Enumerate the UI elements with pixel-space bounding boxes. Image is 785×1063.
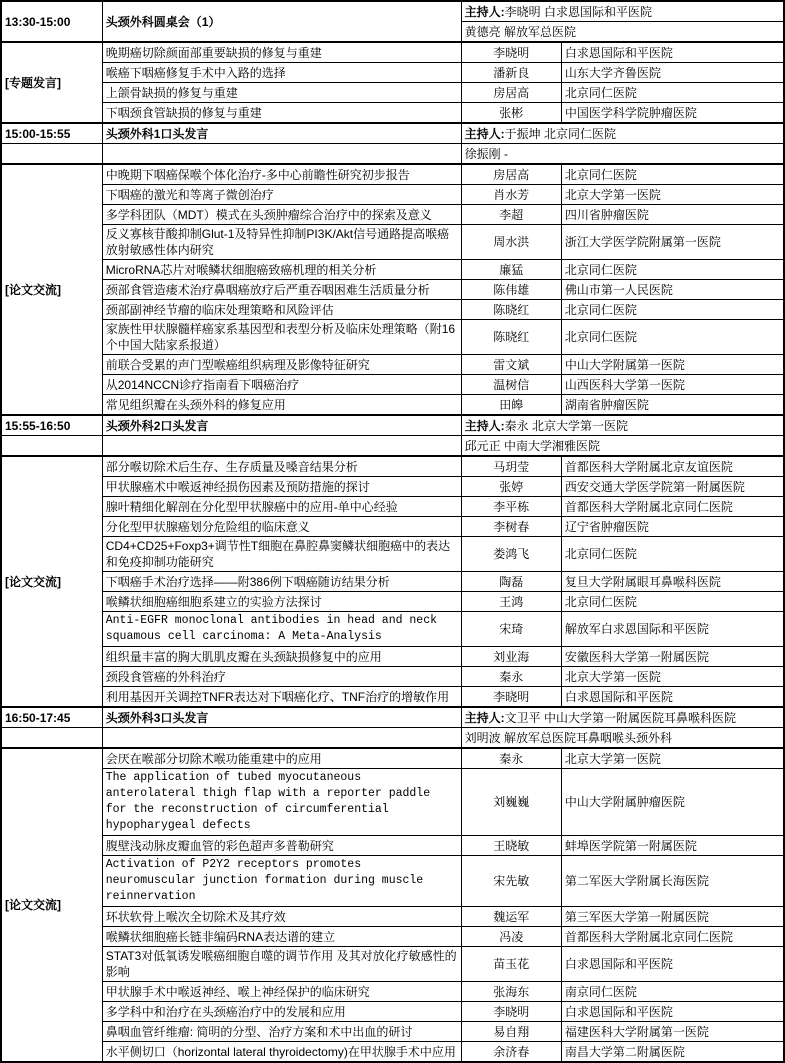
paper-title: 会厌在喉部分切除术喉功能重建中的应用 [102, 748, 461, 769]
table-row: 甲状腺癌术中喉返神经损伤因素及预防措施的探讨 张婷 西安交通大学医学院第一附属医… [1, 477, 784, 497]
table-row: 水平侧切口（horizontal lateral thyroidectomy)在… [1, 1042, 784, 1063]
paper-title: 下咽癌的激光和等离子微创治疗 [102, 185, 461, 205]
table-row: Anti-EGFR monoclonal antibodies in head … [1, 612, 784, 647]
hospital-name: 白求恩国际和平医院 [561, 1002, 784, 1022]
empty-cell [1, 728, 102, 749]
paper-title: 部分喉切除术后生存、生存质量及嗓音结果分析 [102, 456, 461, 477]
table-row: 颈部食管造瘘术治疗鼻咽癌放疗后严重吞咽困难生活质量分析 陈伟雄 佛山市第一人民医… [1, 280, 784, 300]
hospital-name: 北京大学第一医院 [561, 185, 784, 205]
session-1-header-row: 13:30-15:00 头颈外科圆桌会（1） 主持人:李晓明 白求恩国际和平医院 [1, 1, 784, 22]
speaker-name: 李树春 [461, 517, 561, 537]
moderator-label: 主持人: [465, 711, 505, 725]
moderator-name: 于振坤 北京同仁医院 [505, 127, 616, 141]
hospital-name: 中山大学附属肿瘤医院 [561, 769, 784, 836]
table-row: 多学科团队（MDT）模式在头颈肿瘤综合治疗中的探索及意义 李超 四川省肿瘤医院 [1, 205, 784, 225]
co-moderator-line: 邱元正 中南大学湘雅医院 [461, 436, 784, 457]
hospital-name: 北京同仁医院 [561, 164, 784, 185]
speaker-name: 易自翔 [461, 1022, 561, 1042]
time-cell: 15:55-16:50 [1, 415, 102, 436]
empty-cell [102, 728, 461, 749]
table-row: 喉鳞状细胞癌长链非编码RNA表达谱的建立 冯凌 首都医科大学附属北京同仁医院 [1, 927, 784, 947]
speaker-name: 李晓明 [461, 687, 561, 708]
table-row: 喉癌下咽癌修复手术中入路的选择 潘新良 山东大学齐鲁医院 [1, 63, 784, 83]
moderator-name: 李晓明 白求恩国际和平医院 [505, 5, 652, 19]
hospital-name: 复旦大学附属眼耳鼻喉科医院 [561, 572, 784, 592]
speaker-name: 李超 [461, 205, 561, 225]
moderator-label: 主持人: [465, 127, 505, 141]
hospital-name: 北京同仁医院 [561, 300, 784, 320]
empty-cell [1, 144, 102, 165]
session-4-header-row: 16:50-17:45 头颈外科3口头发言 主持人:文卫平 中山大学第一附属医院… [1, 707, 784, 728]
table-row: 上颌骨缺损的修复与重建 房居高 北京同仁医院 [1, 83, 784, 103]
hospital-name: 浙江大学医学院附属第一医院 [561, 225, 784, 260]
paper-title: 下咽癌手术治疗选择——附386例下咽癌随访结果分析 [102, 572, 461, 592]
table-row: 利用基因开关调控TNFR表达对下咽癌化疗、TNF治疗的增敏作用 李晓明 白求恩国… [1, 687, 784, 708]
speaker-name: 王晓敏 [461, 836, 561, 856]
hospital-name: 中国医学科学院肿瘤医院 [561, 103, 784, 124]
speaker-name: 刘巍巍 [461, 769, 561, 836]
hospital-name: 四川省肿瘤医院 [561, 205, 784, 225]
table-row: CD4+CD25+Foxp3+调节性T细胞在鼻腔鼻窦鳞状细胞癌中的表达和免疫抑制… [1, 537, 784, 572]
paper-title: 下咽颈食管缺损的修复与重建 [102, 103, 461, 124]
empty-cell [1, 436, 102, 457]
hospital-name: 白求恩国际和平医院 [561, 687, 784, 708]
table-row: 多学科中和治疗在头颈癌治疗中的发展和应用 李晓明 白求恩国际和平医院 [1, 1002, 784, 1022]
paper-title: 鼻咽血管纤维瘤: 简明的分型、治疗方案和术中出血的研讨 [102, 1022, 461, 1042]
paper-title: 甲状腺手术中喉返神经、喉上神经保护的临床研究 [102, 982, 461, 1002]
paper-title: 腺叶精细化解剖在分化型甲状腺癌中的应用-单中心经验 [102, 497, 461, 517]
table-row: 前联合受累的声门型喉癌组织病理及影像特征研究 雷文斌 中山大学附属第一医院 [1, 355, 784, 375]
time-cell: 16:50-17:45 [1, 707, 102, 728]
hospital-name: 北京大学第一医院 [561, 748, 784, 769]
table-row: The application of tubed myocutaneous an… [1, 769, 784, 836]
paper-title: The application of tubed myocutaneous an… [102, 769, 461, 836]
table-row: 颈部副神经节瘤的临床处理策略和风险评估 陈晓红 北京同仁医院 [1, 300, 784, 320]
session-title: 头颈外科1口头发言 [102, 123, 461, 144]
paper-title: 多学科中和治疗在头颈癌治疗中的发展和应用 [102, 1002, 461, 1022]
hospital-name: 安徽医科大学第一附属医院 [561, 647, 784, 667]
table-row: 腺叶精细化解剖在分化型甲状腺癌中的应用-单中心经验 李平栋 首都医科大学附属北京… [1, 497, 784, 517]
paper-title: 组织量丰富的胸大肌肌皮瓣在头颈缺损修复中的应用 [102, 647, 461, 667]
hospital-name: 辽宁省肿瘤医院 [561, 517, 784, 537]
moderator-line: 主持人:秦永 北京大学第一医院 [461, 415, 784, 436]
paper-title: 腹壁浅动脉皮瓣血管的彩色超声多普勒研究 [102, 836, 461, 856]
paper-title: 颈段食管癌的外科治疗 [102, 667, 461, 687]
table-row: MicroRNA芯片对喉鳞状细胞癌致癌机理的相关分析 廉猛 北京同仁医院 [1, 260, 784, 280]
paper-title: MicroRNA芯片对喉鳞状细胞癌致癌机理的相关分析 [102, 260, 461, 280]
hospital-name: 山西医科大学第一医院 [561, 375, 784, 395]
speaker-name: 宋先敏 [461, 856, 561, 907]
table-row: Activation of P2Y2 receptors promotes ne… [1, 856, 784, 907]
speaker-name: 马玥莹 [461, 456, 561, 477]
hospital-name: 福建医科大学附属第一医院 [561, 1022, 784, 1042]
speaker-name: 魏运军 [461, 907, 561, 927]
paper-title: Activation of P2Y2 receptors promotes ne… [102, 856, 461, 907]
hospital-name: 首都医科大学附属北京友谊医院 [561, 456, 784, 477]
hospital-name: 白求恩国际和平医院 [561, 42, 784, 63]
co-moderator-line: 黄德亮 解放军总医院 [461, 22, 784, 43]
section-label: [论文交流] [1, 164, 102, 415]
hospital-name: 湖南省肿瘤医院 [561, 395, 784, 416]
paper-title: 颈部副神经节瘤的临床处理策略和风险评估 [102, 300, 461, 320]
speaker-name: 余济春 [461, 1042, 561, 1063]
moderator-name: 秦永 北京大学第一医院 [505, 419, 628, 433]
speaker-name: 张彬 [461, 103, 561, 124]
paper-title: 反义寡核苷酸抑制Glut-1及特异性抑制PI3K/Akt信号通路提高喉癌放射敏感… [102, 225, 461, 260]
hospital-name: 白求恩国际和平医院 [561, 947, 784, 982]
table-row: 分化型甲状腺癌划分危险组的临床意义 李树春 辽宁省肿瘤医院 [1, 517, 784, 537]
speaker-name: 李平栋 [461, 497, 561, 517]
speaker-name: 肖水芳 [461, 185, 561, 205]
speaker-name: 张婷 [461, 477, 561, 497]
empty-cell [102, 144, 461, 165]
hospital-name: 第三军医大学第一附属医院 [561, 907, 784, 927]
paper-title: 晚期癌切除颜面部重要缺损的修复与重建 [102, 42, 461, 63]
paper-title: 多学科团队（MDT）模式在头颈肿瘤综合治疗中的探索及意义 [102, 205, 461, 225]
speaker-name: 娄鸿飞 [461, 537, 561, 572]
hospital-name: 首都医科大学附属北京同仁医院 [561, 497, 784, 517]
speaker-name: 潘新良 [461, 63, 561, 83]
co-moderator-line: 刘明波 解放军总医院耳鼻咽喉头颈外科 [461, 728, 784, 749]
table-row: [专题发言] 晚期癌切除颜面部重要缺损的修复与重建 李晓明 白求恩国际和平医院 [1, 42, 784, 63]
session-title: 头颈外科2口头发言 [102, 415, 461, 436]
speaker-name: 冯凌 [461, 927, 561, 947]
co-moderator-line: 徐振刚 - [461, 144, 784, 165]
hospital-name: 北京大学第一医院 [561, 667, 784, 687]
paper-title: 上颌骨缺损的修复与重建 [102, 83, 461, 103]
speaker-name: 李晓明 [461, 42, 561, 63]
speaker-name: 秦永 [461, 748, 561, 769]
hospital-name: 北京同仁医院 [561, 320, 784, 355]
hospital-name: 第二军医大学附属长海医院 [561, 856, 784, 907]
paper-title: 喉鳞状细胞癌长链非编码RNA表达谱的建立 [102, 927, 461, 947]
table-row: 从2014NCCN诊疗指南看下咽癌治疗 温树信 山西医科大学第一医院 [1, 375, 784, 395]
hospital-name: 北京同仁医院 [561, 83, 784, 103]
table-row: 甲状腺手术中喉返神经、喉上神经保护的临床研究 张海东 南京同仁医院 [1, 982, 784, 1002]
paper-title: 常见组织瓣在头颈外科的修复应用 [102, 395, 461, 416]
session-2-comoderator-row: 徐振刚 - [1, 144, 784, 165]
paper-title: 喉鳞状细胞癌细胞系建立的实验方法探讨 [102, 592, 461, 612]
time-cell: 13:30-15:00 [1, 1, 102, 42]
hospital-name: 蚌埠医学院第一附属医院 [561, 836, 784, 856]
moderator-label: 主持人: [465, 5, 505, 19]
table-row: 下咽癌手术治疗选择——附386例下咽癌随访结果分析 陶磊 复旦大学附属眼耳鼻喉科… [1, 572, 784, 592]
table-row: 腹壁浅动脉皮瓣血管的彩色超声多普勒研究 王晓敏 蚌埠医学院第一附属医院 [1, 836, 784, 856]
paper-title: 中晚期下咽癌保喉个体化治疗-多中心前瞻性研究初步报告 [102, 164, 461, 185]
paper-title: 前联合受累的声门型喉癌组织病理及影像特征研究 [102, 355, 461, 375]
paper-title: 分化型甲状腺癌划分危险组的临床意义 [102, 517, 461, 537]
paper-title: 环状软骨上喉次全切除术及其疗效 [102, 907, 461, 927]
speaker-name: 陈晓红 [461, 320, 561, 355]
hospital-name: 山东大学齐鲁医院 [561, 63, 784, 83]
session-title: 头颈外科圆桌会（1） [102, 1, 461, 42]
time-cell: 15:00-15:55 [1, 123, 102, 144]
speaker-name: 李晓明 [461, 1002, 561, 1022]
conference-schedule-table: 13:30-15:00 头颈外科圆桌会（1） 主持人:李晓明 白求恩国际和平医院… [0, 0, 785, 1063]
speaker-name: 周水洪 [461, 225, 561, 260]
table-row: 下咽颈食管缺损的修复与重建 张彬 中国医学科学院肿瘤医院 [1, 103, 784, 124]
hospital-name: 北京同仁医院 [561, 537, 784, 572]
speaker-name: 苗玉花 [461, 947, 561, 982]
speaker-name: 宋琦 [461, 612, 561, 647]
table-row: 鼻咽血管纤维瘤: 简明的分型、治疗方案和术中出血的研讨 易自翔 福建医科大学附属… [1, 1022, 784, 1042]
table-row: 环状软骨上喉次全切除术及其疗效 魏运军 第三军医大学第一附属医院 [1, 907, 784, 927]
paper-title: CD4+CD25+Foxp3+调节性T细胞在鼻腔鼻窦鳞状细胞癌中的表达和免疫抑制… [102, 537, 461, 572]
table-row: 喉鳞状细胞癌细胞系建立的实验方法探讨 王鸿 北京同仁医院 [1, 592, 784, 612]
speaker-name: 张海东 [461, 982, 561, 1002]
speaker-name: 刘业海 [461, 647, 561, 667]
paper-title: Anti-EGFR monoclonal antibodies in head … [102, 612, 461, 647]
speaker-name: 廉猛 [461, 260, 561, 280]
speaker-name: 陈伟雄 [461, 280, 561, 300]
moderator-line: 主持人:于振坤 北京同仁医院 [461, 123, 784, 144]
speaker-name: 秦永 [461, 667, 561, 687]
speaker-name: 雷文斌 [461, 355, 561, 375]
table-row: [论文交流] 会厌在喉部分切除术喉功能重建中的应用 秦永 北京大学第一医院 [1, 748, 784, 769]
section-label: [论文交流] [1, 748, 102, 1062]
empty-cell [102, 436, 461, 457]
hospital-name: 北京同仁医院 [561, 592, 784, 612]
paper-title: 水平侧切口（horizontal lateral thyroidectomy)在… [102, 1042, 461, 1063]
hospital-name: 北京同仁医院 [561, 260, 784, 280]
session-2-header-row: 15:00-15:55 头颈外科1口头发言 主持人:于振坤 北京同仁医院 [1, 123, 784, 144]
paper-title: 颈部食管造瘘术治疗鼻咽癌放疗后严重吞咽困难生活质量分析 [102, 280, 461, 300]
session-3-comoderator-row: 邱元正 中南大学湘雅医院 [1, 436, 784, 457]
speaker-name: 田皞 [461, 395, 561, 416]
table-row: 常见组织瓣在头颈外科的修复应用 田皞 湖南省肿瘤医院 [1, 395, 784, 416]
speaker-name: 陶磊 [461, 572, 561, 592]
hospital-name: 首都医科大学附属北京同仁医院 [561, 927, 784, 947]
paper-title: 利用基因开关调控TNFR表达对下咽癌化疗、TNF治疗的增敏作用 [102, 687, 461, 708]
speaker-name: 温树信 [461, 375, 561, 395]
session-3-header-row: 15:55-16:50 头颈外科2口头发言 主持人:秦永 北京大学第一医院 [1, 415, 784, 436]
paper-title: 喉癌下咽癌修复手术中入路的选择 [102, 63, 461, 83]
speaker-name: 王鸿 [461, 592, 561, 612]
paper-title: 甲状腺癌术中喉返神经损伤因素及预防措施的探讨 [102, 477, 461, 497]
speaker-name: 陈晓红 [461, 300, 561, 320]
hospital-name: 西安交通大学医学院第一附属医院 [561, 477, 784, 497]
moderator-label: 主持人: [465, 419, 505, 433]
session-4-comoderator-row: 刘明波 解放军总医院耳鼻咽喉头颈外科 [1, 728, 784, 749]
table-row: 颈段食管癌的外科治疗 秦永 北京大学第一医院 [1, 667, 784, 687]
section-label: [论文交流] [1, 456, 102, 707]
table-row: 反义寡核苷酸抑制Glut-1及特异性抑制PI3K/Akt信号通路提高喉癌放射敏感… [1, 225, 784, 260]
paper-title: 家族性甲状腺髓样癌家系基因型和表型分析及临床处理策略（附16个中国大陆家系报道） [102, 320, 461, 355]
moderator-name: 文卫平 中山大学第一附属医院耳鼻喉科医院 [505, 711, 736, 725]
table-row: 组织量丰富的胸大肌肌皮瓣在头颈缺损修复中的应用 刘业海 安徽医科大学第一附属医院 [1, 647, 784, 667]
moderator-line: 主持人:文卫平 中山大学第一附属医院耳鼻喉科医院 [461, 707, 784, 728]
hospital-name: 南京同仁医院 [561, 982, 784, 1002]
speaker-name: 房居高 [461, 83, 561, 103]
section-label: [专题发言] [1, 42, 102, 123]
hospital-name: 南昌大学第二附属医院 [561, 1042, 784, 1063]
session-title: 头颈外科3口头发言 [102, 707, 461, 728]
speaker-name: 房居高 [461, 164, 561, 185]
table-row: [论文交流] 部分喉切除术后生存、生存质量及嗓音结果分析 马玥莹 首都医科大学附… [1, 456, 784, 477]
table-row: STAT3对低氧诱发喉癌细胞自噬的调节作用 及其对放化疗敏感性的影响 苗玉花 白… [1, 947, 784, 982]
table-row: 家族性甲状腺髓样癌家系基因型和表型分析及临床处理策略（附16个中国大陆家系报道）… [1, 320, 784, 355]
hospital-name: 中山大学附属第一医院 [561, 355, 784, 375]
moderator-line: 主持人:李晓明 白求恩国际和平医院 [461, 1, 784, 22]
hospital-name: 佛山市第一人民医院 [561, 280, 784, 300]
table-row: [论文交流] 中晚期下咽癌保喉个体化治疗-多中心前瞻性研究初步报告 房居高 北京… [1, 164, 784, 185]
table-row: 下咽癌的激光和等离子微创治疗 肖水芳 北京大学第一医院 [1, 185, 784, 205]
paper-title: 从2014NCCN诊疗指南看下咽癌治疗 [102, 375, 461, 395]
hospital-name: 解放军白求恩国际和平医院 [561, 612, 784, 647]
paper-title: STAT3对低氧诱发喉癌细胞自噬的调节作用 及其对放化疗敏感性的影响 [102, 947, 461, 982]
